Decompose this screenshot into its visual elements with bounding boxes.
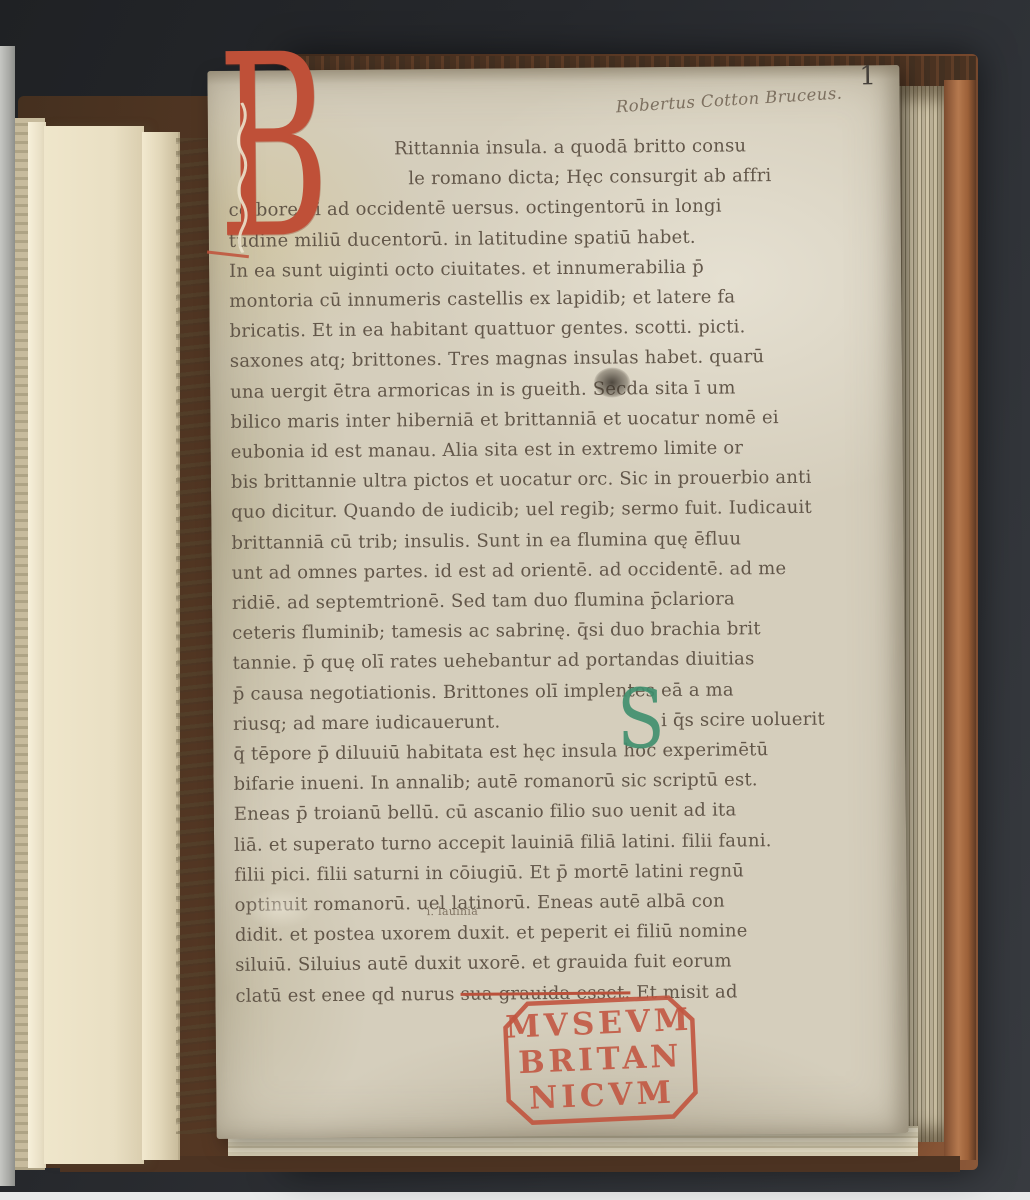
ink-blot — [594, 367, 630, 397]
manuscript-text-line-continuation: i q̄s scire uoluerit — [661, 708, 825, 731]
manuscript-text-line: eubonia id est manau. Alia sita est in e… — [231, 437, 744, 463]
book-cover-bottom-edge — [60, 1156, 960, 1172]
manuscript-text-line: una uergit ētra armoricas in is gueith. … — [230, 377, 736, 403]
manuscript-text-line: ridiē. ad septemtrionē. Sed tam duo flum… — [232, 588, 735, 614]
manuscript-text-line: liā. et superato turno accepit lauiniā f… — [234, 830, 772, 857]
manuscript-text-line: Rittannia insula. a quodā britto consu — [394, 135, 746, 160]
manuscript-text-line: saxones atq; brittones. Tres magnas insu… — [230, 347, 765, 374]
museum-britannicum-stamp: MVSEVM BRITAN NICVM — [501, 993, 699, 1126]
manuscript-text-line: bis brittannie ultra pictos et uocatur o… — [231, 467, 812, 494]
manuscript-text-line: le romano dicta; Hęc consurgit ab affri — [408, 165, 771, 190]
manuscript-page: 1 Robertus Cotton Bruceus. Rittannia ins… — [207, 65, 908, 1139]
manuscript-text-line: filii pici. filii saturni in cōiugiū. Et… — [234, 860, 744, 886]
manuscript-text-line: didit. et postea uxorem duxit. et peperi… — [235, 921, 748, 947]
photo-frame-edge — [0, 1192, 1030, 1200]
manuscript-text-line: tannie. p̄ quę olī rates uehebantur ad p… — [232, 649, 754, 676]
manuscript-text-line: siluiū. Siluius autē duxit uxorē. et gra… — [235, 951, 732, 977]
section-initial-S: S — [617, 679, 665, 761]
flyleaf-page — [44, 126, 144, 1164]
manuscript-text-line: brittanniā cū trib; insulis. Sunt in ea … — [231, 528, 741, 554]
interlinear-gloss: i. lauinia — [427, 905, 478, 918]
manuscript-text-line: bilico maris inter hiberniā et brittanni… — [230, 407, 779, 434]
line-text: clatū est enee qd nurus — [235, 983, 460, 1006]
manuscript-photograph: 1 Robertus Cotton Bruceus. Rittannia ins… — [0, 0, 1030, 1200]
manuscript-text-line: q̄ tēpore p̄ diluuiū habitata est hęc in… — [233, 739, 768, 766]
initial-b-wave-ornament — [234, 103, 251, 253]
adjacent-board-edge — [0, 46, 15, 1186]
manuscript-text-line: Eneas p̄ troianū bellū. cū ascanio filio… — [234, 800, 737, 826]
manuscript-text-line: bifarie inueni. In annalib; autē romanor… — [233, 769, 757, 796]
flyleaf-page-second — [142, 132, 180, 1160]
manuscript-text-line: quo dicitur. Quando de iudicib; uel regi… — [231, 497, 812, 524]
manuscript-text-line: riusq; ad mare iudicauerunt. — [233, 711, 500, 735]
manuscript-text-line: unt ad omnes partes. id est ad orientē. … — [232, 558, 787, 585]
book-cover-fore-edge — [944, 80, 976, 1160]
manuscript-text-line: bricatis. Et in ea habitant quattuor gen… — [230, 317, 746, 344]
manuscript-text-line: ceteris fluminib; tamesis ac sabrinę. q̄… — [232, 618, 761, 645]
